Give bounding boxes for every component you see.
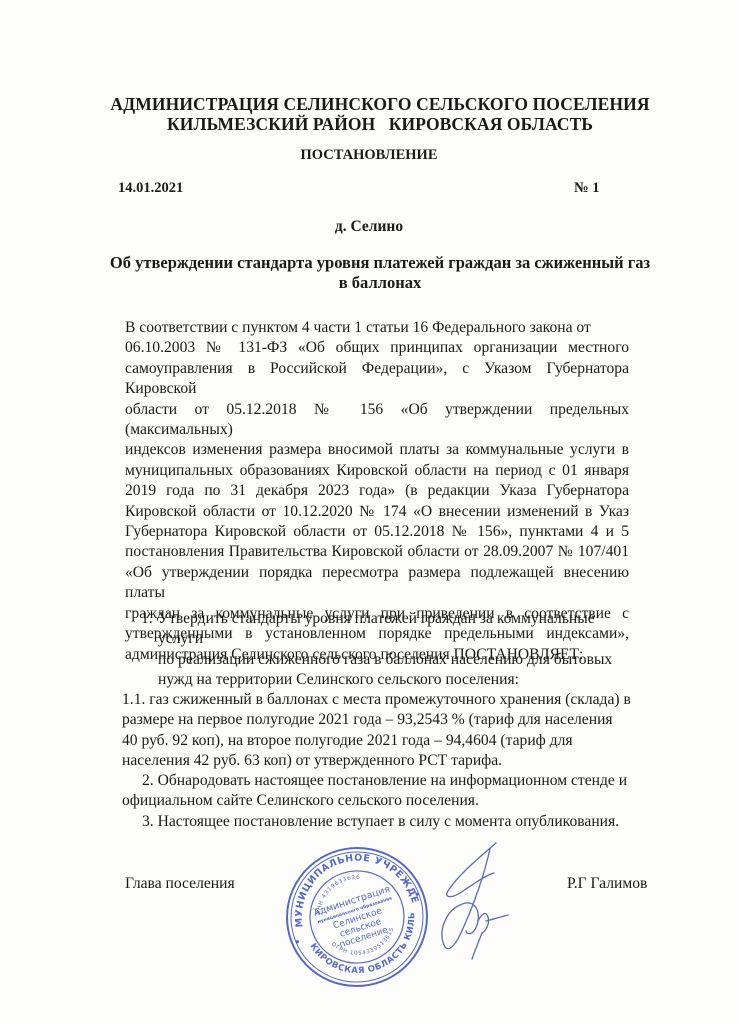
item-line: населения 42 руб. 63 коп) от утвержденно…: [122, 751, 642, 771]
item-line: Утвердить стандарты уровня платежей граж…: [158, 609, 641, 650]
preamble-line: 2019 года по 31 декабря 2023 года» (в ре…: [125, 481, 629, 501]
preamble-line: «Об утверждении порядка пересмотра разме…: [125, 563, 629, 604]
document-number: № 1: [574, 180, 599, 197]
resolution-item-2: 2. Обнародовать настоящее постановление …: [122, 771, 642, 812]
preamble-line: самоуправления в Российской Федерации», …: [125, 359, 629, 400]
title-line-2: в баллонах: [100, 273, 660, 293]
item-line: официальном сайте Селинского сельского п…: [122, 791, 642, 811]
signature-scribble-icon: [420, 835, 540, 960]
preamble-line: области от 05.12.2018 № 156 «Об утвержде…: [125, 400, 629, 441]
header-line-2: КИЛЬМЕЗСКИЙ РАЙОН КИРОВСКАЯ ОБЛАСТЬ: [60, 114, 700, 134]
preamble-line: индексов изменения размера вносимой плат…: [125, 440, 629, 460]
item-text: Утвердить стандарты уровня платежей граж…: [158, 609, 641, 691]
item-line: 2. Обнародовать настоящее постановление …: [122, 771, 642, 791]
official-stamp: МУНИЦИПАЛЬНОЕ УЧРЕЖДЕНИЕ КИРОВСКАЯ ОБЛАС…: [282, 843, 432, 991]
title-line-1: Об утверждении стандарта уровня платежей…: [100, 253, 660, 273]
document-date: 14.01.2021: [118, 180, 183, 197]
document-title: Об утверждении стандарта уровня платежей…: [100, 253, 660, 293]
preamble-line: В соответствии с пунктом 4 части 1 стать…: [125, 318, 629, 338]
resolution-item-1: 1. Утвердить стандарты уровня платежей г…: [141, 609, 641, 691]
preamble-line: Губернатора Кировской области от 05.12.2…: [125, 522, 629, 542]
stamp-seal-icon: МУНИЦИПАЛЬНОЕ УЧРЕЖДЕНИЕ КИРОВСКАЯ ОБЛАС…: [282, 843, 432, 991]
item-line: размере на первое полугодие 2021 года – …: [122, 710, 642, 730]
item-number: 1.: [141, 609, 153, 629]
item-line: 40 руб. 92 коп), на второе полугодие 202…: [122, 731, 642, 751]
document-page: АДМИНИСТРАЦИЯ СЕЛИНСКОГО СЕЛЬСКОГО ПОСЕЛ…: [0, 0, 738, 1024]
preamble-line: Кировской области от 10.12.2020 № 174 «О…: [125, 502, 629, 522]
handwritten-signature: [420, 835, 540, 960]
preamble-line: 06.10.2003 № 131-ФЗ «Об общих принципах …: [125, 338, 629, 358]
item-line: нужд на территории Селинского сельского …: [158, 670, 641, 690]
item-line: 3. Настоящее постановление вступает в си…: [122, 812, 642, 832]
document-type: ПОСТАНОВЛЕНИЕ: [0, 147, 738, 164]
resolution-item-1-1: 1.1. газ сжиженный в баллонах с места пр…: [122, 690, 642, 772]
item-line: по реализации сжиженного газа в баллонах…: [158, 650, 641, 670]
signatory-name: Р.Г Галимов: [567, 875, 647, 893]
document-place: д. Селино: [0, 218, 738, 236]
item-line: 1.1. газ сжиженный в баллонах с места пр…: [122, 690, 642, 710]
preamble-line: постановления Правительства Кировской об…: [125, 542, 629, 562]
signatory-position: Глава поселения: [125, 875, 235, 893]
resolution-item-3: 3. Настоящее постановление вступает в си…: [122, 812, 642, 832]
header-line-1: АДМИНИСТРАЦИЯ СЕЛИНСКОГО СЕЛЬСКОГО ПОСЕЛ…: [60, 94, 700, 114]
preamble-line: муниципальных образованиях Кировской обл…: [125, 461, 629, 481]
organization-header: АДМИНИСТРАЦИЯ СЕЛИНСКОГО СЕЛЬСКОГО ПОСЕЛ…: [60, 94, 700, 134]
